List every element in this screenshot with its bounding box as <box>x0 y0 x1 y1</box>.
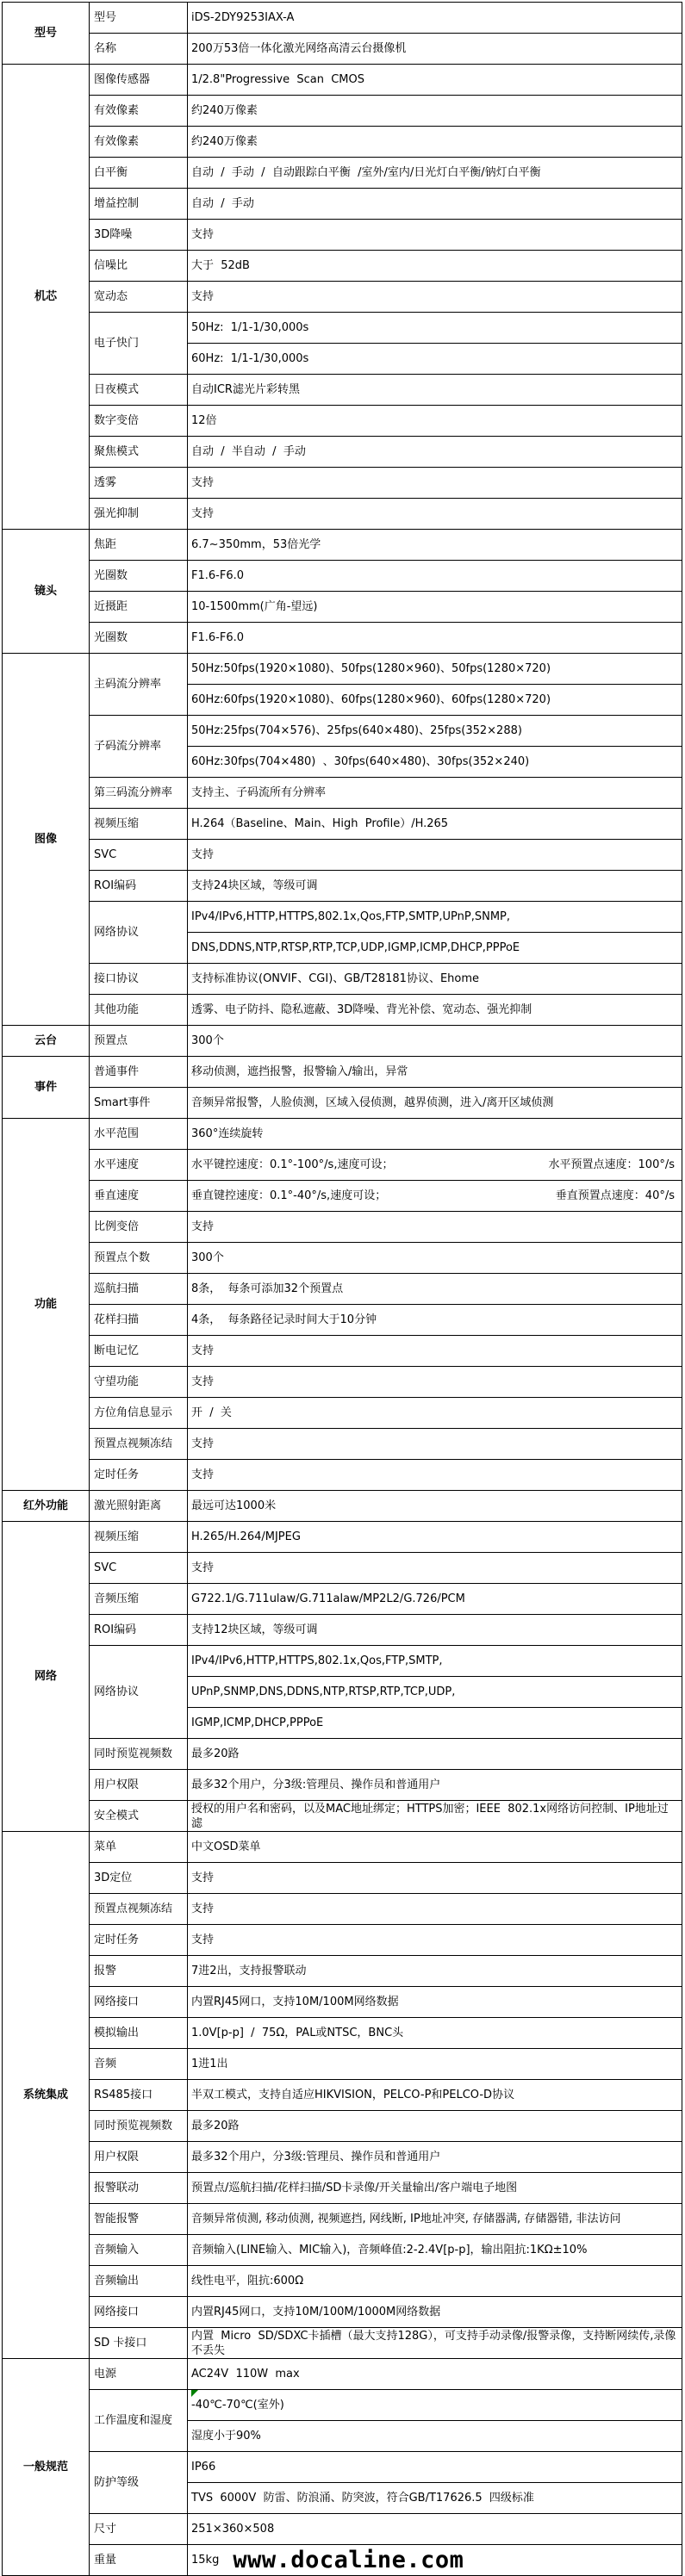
value-cell: IPv4/IPv6,HTTP,HTTPS,802.1x,Qos,FTP,SMTP… <box>188 1646 682 1677</box>
spec-row: 白平衡自动 / 手动 / 自动跟踪白平衡 /室外/室内/日光灯白平衡/钠灯白平衡 <box>3 158 682 189</box>
spec-row: SVC支持 <box>3 840 682 871</box>
value-cell: AC24V 110W max <box>188 2359 682 2390</box>
param-cell: 日夜模式 <box>90 375 188 406</box>
param-cell: 防护等级 <box>90 2452 188 2514</box>
value-cell: G722.1/G.711ulaw/G.711alaw/MP2L2/G.726/P… <box>188 1584 682 1615</box>
spec-row: 断电记忆支持 <box>3 1336 682 1367</box>
spec-row: 数字变倍12倍 <box>3 406 682 437</box>
spec-row: 用户权限最多32个用户，分3级:管理员、操作员和普通用户 <box>3 2142 682 2173</box>
value-cell: UPnP,SNMP,DNS,DDNS,NTP,RTSP,RTP,TCP,UDP, <box>188 1677 682 1708</box>
param-cell: ROI编码 <box>90 871 188 902</box>
value-text: DNS,DDNS,NTP,RTSP,RTP,TCP,UDP,IGMP,ICMP,… <box>191 941 520 954</box>
spec-row: 第三码流分辨率支持主、子码流所有分辨率 <box>3 778 682 809</box>
cell-note-marker-icon <box>191 2390 198 2397</box>
category-cell: 图像 <box>3 654 90 1026</box>
value-text: IP66 <box>191 2461 215 2474</box>
value-text: AC24V 110W max <box>191 2368 300 2380</box>
value-cell: 251×360×508 <box>188 2514 682 2545</box>
spec-row: 系统集成菜单中文OSD菜单 <box>3 1832 682 1863</box>
spec-row: 透雾支持 <box>3 468 682 499</box>
value-cell: 授权的用户名和密码，以及MAC地址绑定；HTTPS加密；IEEE 802.1x网… <box>188 1801 682 1832</box>
value-text: 60Hz:60fps(1920×1080)、60fps(1280×960)、60… <box>191 693 551 706</box>
value-cell: 内置 Micro SD/SDXC卡插槽（最大支持128G），可支持手动录像/报警… <box>188 2328 682 2359</box>
spec-row: 网络接口内置RJ45网口，支持10M/100M/1000M网络数据 <box>3 2297 682 2328</box>
value-cell: 支持 <box>188 1367 682 1398</box>
value-cell: 支持标准协议(ONVIF、CGI)、GB/T28181协议、Ehome <box>188 964 682 995</box>
value-cell: 支持 <box>188 1212 682 1243</box>
spec-row: 音频压缩G722.1/G.711ulaw/G.711alaw/MP2L2/G.7… <box>3 1584 682 1615</box>
param-cell: 报警 <box>90 1956 188 1987</box>
split-value: 水平键控速度：0.1°-100°/s,速度可设；水平预置点速度：100°/s <box>191 1158 678 1172</box>
spec-table: 型号型号iDS-2DY9253IAX-A名称200万53倍一体化激光网络高清云台… <box>2 2 682 2576</box>
value-cell: 12倍 <box>188 406 682 437</box>
value-cell: 自动 / 半自动 / 手动 <box>188 437 682 468</box>
category-cell: 一般规范 <box>3 2359 90 2576</box>
value-cell: 自动 / 手动 / 自动跟踪白平衡 /室外/室内/日光灯白平衡/钠灯白平衡 <box>188 158 682 189</box>
spec-row: 名称200万53倍一体化激光网络高清云台摄像机 <box>3 34 682 65</box>
spec-row: 音频1进1出 <box>3 2049 682 2080</box>
value-text: 内置RJ45网口，支持10M/100M/1000M网络数据 <box>191 2306 440 2318</box>
value-cell: 50Hz:50fps(1920×1080)、50fps(1280×960)、50… <box>188 654 682 685</box>
value-text: 自动 / 手动 / 自动跟踪白平衡 /室外/室内/日光灯白平衡/钠灯白平衡 <box>191 166 541 179</box>
value-text: 15kg <box>191 2554 219 2567</box>
param-cell: 宽动态 <box>90 282 188 313</box>
param-cell: 预置点视频冻结 <box>90 1894 188 1925</box>
param-cell: 激光照射距离 <box>90 1491 188 1522</box>
value-cell: 支持 <box>188 1460 682 1491</box>
value-cell: 支持 <box>188 840 682 871</box>
param-cell: 安全模式 <box>90 1801 188 1832</box>
value-cell: iDS-2DY9253IAX-A <box>188 3 682 34</box>
spec-row: 强光抑制支持 <box>3 499 682 530</box>
value-cell: H.264（Baseline、Main、High Profile）/H.265 <box>188 809 682 840</box>
spec-row: 聚焦模式自动 / 半自动 / 手动 <box>3 437 682 468</box>
value-text: 最多32个用户，分3级:管理员、操作员和普通用户 <box>191 1778 440 1791</box>
value-cell: 60Hz: 1/1-1/30,000s <box>188 344 682 375</box>
value-text: IPv4/IPv6,HTTP,HTTPS,802.1x,Qos,FTP,SMTP… <box>191 1654 443 1667</box>
value-text: 251×360×508 <box>191 2523 274 2536</box>
param-cell: 数字变倍 <box>90 406 188 437</box>
value-cell: 支持主、子码流所有分辨率 <box>188 778 682 809</box>
value-text: 支持 <box>191 1220 214 1233</box>
split-value: 垂直键控速度：0.1°-40°/s,速度可设；垂直预置点速度：40°/s <box>191 1189 678 1203</box>
category-cell: 系统集成 <box>3 1832 90 2359</box>
value-text: F1.6-F6.0 <box>191 631 244 644</box>
value-text: IPv4/IPv6,HTTP,HTTPS,802.1x,Qos,FTP,SMTP… <box>191 910 510 923</box>
spec-row: 同时预览视频数最多20路 <box>3 2111 682 2142</box>
spec-table-body: 型号型号iDS-2DY9253IAX-A名称200万53倍一体化激光网络高清云台… <box>3 3 682 2576</box>
value-cell: 垂直键控速度：0.1°-40°/s,速度可设；垂直预置点速度：40°/s <box>188 1181 682 1212</box>
spec-row: 预置点视频冻结支持 <box>3 1894 682 1925</box>
spec-row: 音频输入音频输入(LINE输入、MIC输入)，音频峰值:2-2.4V[p-p]，… <box>3 2235 682 2266</box>
value-text: 60Hz: 1/1-1/30,000s <box>191 352 308 365</box>
value-text: 支持 <box>191 1375 214 1388</box>
param-cell: 定时任务 <box>90 1460 188 1491</box>
param-cell: 水平速度 <box>90 1150 188 1181</box>
spec-row: 有效像素约240万像素 <box>3 127 682 158</box>
value-cell: 50Hz: 1/1-1/30,000s <box>188 313 682 344</box>
value-text: 支持 <box>191 290 214 303</box>
value-cell: 支持 <box>188 282 682 313</box>
value-text: F1.6-F6.0 <box>191 569 244 582</box>
value-cell: 最远可达1000米 <box>188 1491 682 1522</box>
spec-row: 接口协议支持标准协议(ONVIF、CGI)、GB/T28181协议、Ehome <box>3 964 682 995</box>
spec-row: 垂直速度垂直键控速度：0.1°-40°/s,速度可设；垂直预置点速度：40°/s <box>3 1181 682 1212</box>
param-cell: 音频 <box>90 2049 188 2080</box>
value-text: G722.1/G.711ulaw/G.711alaw/MP2L2/G.726/P… <box>191 1592 465 1605</box>
value-cell: 15kgwww.docaline.com <box>188 2545 682 2576</box>
value-cell: 音频异常侦测, 移动侦测, 视频遮挡, 网线断, IP地址冲突, 存储器满, 存… <box>188 2204 682 2235</box>
category-cell: 功能 <box>3 1119 90 1491</box>
param-cell: 型号 <box>90 3 188 34</box>
value-text: 垂直键控速度：0.1°-40°/s,速度可设； <box>191 1189 386 1203</box>
value-text: 自动ICR滤光片彩转黑 <box>191 383 300 396</box>
param-cell: 音频压缩 <box>90 1584 188 1615</box>
value-text: 1.0V[p-p] / 75Ω，PAL或NTSC，BNC头 <box>191 2027 403 2039</box>
spec-row: 定时任务支持 <box>3 1925 682 1956</box>
value-text: 预置点/巡航扫描/花样扫描/SD卡录像/开关量输出/客户端电子地图 <box>191 2182 517 2194</box>
value-text: H.264（Baseline、Main、High Profile）/H.265 <box>191 817 448 830</box>
spec-row: 有效像素约240万像素 <box>3 96 682 127</box>
value-text: 支持 <box>191 1561 214 1574</box>
value-cell: 300个 <box>188 1243 682 1274</box>
value-text: 湿度小于90% <box>191 2430 261 2443</box>
value-cell: 支持 <box>188 1925 682 1956</box>
spec-row: 红外功能激光照射距离最远可达1000米 <box>3 1491 682 1522</box>
spec-row: 报警7进2出，支持报警联动 <box>3 1956 682 1987</box>
param-cell: 比例变倍 <box>90 1212 188 1243</box>
value-cell: 支持 <box>188 499 682 530</box>
param-cell: 同时预览视频数 <box>90 2111 188 2142</box>
param-cell: 工作温度和湿度 <box>90 2390 188 2452</box>
param-cell: 用户权限 <box>90 1770 188 1801</box>
param-cell: 网络接口 <box>90 2297 188 2328</box>
value-cell: 支持24块区域，等级可调 <box>188 871 682 902</box>
spec-row: 预置点视频冻结支持 <box>3 1429 682 1460</box>
spec-row: 镜头焦距6.7~350mm，53倍光学 <box>3 530 682 561</box>
category-cell: 网络 <box>3 1522 90 1832</box>
param-cell: 有效像素 <box>90 96 188 127</box>
param-cell: 电子快门 <box>90 313 188 375</box>
value-cell: 大于 52dB <box>188 251 682 282</box>
spec-row: 3D定位支持 <box>3 1863 682 1894</box>
spec-row: 信噪比大于 52dB <box>3 251 682 282</box>
value-text: 半双工模式，支持自适应HIKVISION，PELCO-P和PELCO-D协议 <box>191 2089 514 2101</box>
value-text: 12倍 <box>191 414 217 427</box>
spec-row: ROI编码支持24块区域，等级可调 <box>3 871 682 902</box>
spec-row: 网络视频压缩H.265/H.264/MJPEG <box>3 1522 682 1553</box>
value-text: 60Hz:30fps(704×480) 、30fps(640×480)、30fp… <box>191 755 529 768</box>
spec-row: 模拟输出1.0V[p-p] / 75Ω，PAL或NTSC，BNC头 <box>3 2018 682 2049</box>
spec-row: 功能水平范围360°连续旋转 <box>3 1119 682 1150</box>
value-text-right: 水平预置点速度：100°/s <box>549 1158 675 1172</box>
spec-row: 防护等级IP66 <box>3 2452 682 2483</box>
param-cell: 白平衡 <box>90 158 188 189</box>
value-text: 支持 <box>191 1344 214 1357</box>
value-cell: F1.6-F6.0 <box>188 623 682 654</box>
value-text: 移动侦测，遮挡报警，报警输入/输出，异常 <box>191 1065 408 1078</box>
spec-row: 水平速度水平键控速度：0.1°-100°/s,速度可设；水平预置点速度：100°… <box>3 1150 682 1181</box>
param-cell: 重量 <box>90 2545 188 2576</box>
value-text: 音频输入(LINE输入、MIC输入)，音频峰值:2-2.4V[p-p]，输出阻抗… <box>191 2244 587 2256</box>
spec-row: 安全模式授权的用户名和密码，以及MAC地址绑定；HTTPS加密；IEEE 802… <box>3 1801 682 1832</box>
param-cell: 预置点视频冻结 <box>90 1429 188 1460</box>
spec-row: 网络协议IPv4/IPv6,HTTP,HTTPS,802.1x,Qos,FTP,… <box>3 902 682 933</box>
param-cell: 报警联动 <box>90 2173 188 2204</box>
value-cell: 8条， 每条可添加32个预置点 <box>188 1274 682 1305</box>
spec-row: 定时任务支持 <box>3 1460 682 1491</box>
param-cell: 图像传感器 <box>90 65 188 96</box>
value-text: 音频异常侦测, 移动侦测, 视频遮挡, 网线断, IP地址冲突, 存储器满, 存… <box>191 2213 621 2225</box>
value-text: H.265/H.264/MJPEG <box>191 1530 301 1543</box>
spec-row: 近摄距10-1500mm(广角-望远) <box>3 592 682 623</box>
value-cell: 支持12块区域，等级可调 <box>188 1615 682 1646</box>
value-cell: 线性电平，阻抗:600Ω <box>188 2266 682 2297</box>
spec-row: 宽动态支持 <box>3 282 682 313</box>
spec-row: 工作温度和湿度-40℃-70℃(室外) <box>3 2390 682 2421</box>
value-text: 支持 <box>191 476 214 489</box>
param-cell: 子码流分辨率 <box>90 716 188 778</box>
value-cell: 60Hz:30fps(704×480) 、30fps(640×480)、30fp… <box>188 747 682 778</box>
watermark: www.docaline.com <box>233 2548 464 2572</box>
param-cell: 增益控制 <box>90 189 188 220</box>
spec-row: 增益控制自动 / 手动 <box>3 189 682 220</box>
spec-row: 一般规范电源AC24V 110W max <box>3 2359 682 2390</box>
spec-row: 花样扫描4条， 每条路径记录时间大于10分钟 <box>3 1305 682 1336</box>
param-cell: 视频压缩 <box>90 809 188 840</box>
value-cell: DNS,DDNS,NTP,RTSP,RTP,TCP,UDP,IGMP,ICMP,… <box>188 933 682 964</box>
param-cell: 网络接口 <box>90 1987 188 2018</box>
value-cell: 最多20路 <box>188 2111 682 2142</box>
value-text: 支持 <box>191 1934 214 1946</box>
value-cell: 最多32个用户，分3级:管理员、操作员和普通用户 <box>188 2142 682 2173</box>
value-text: 8条， 每条可添加32个预置点 <box>191 1282 343 1295</box>
param-cell: 聚焦模式 <box>90 437 188 468</box>
value-text: 线性电平，阻抗:600Ω <box>191 2275 303 2287</box>
category-cell: 红外功能 <box>3 1491 90 1522</box>
value-cell: 约240万像素 <box>188 96 682 127</box>
value-cell: 1.0V[p-p] / 75Ω，PAL或NTSC，BNC头 <box>188 2018 682 2049</box>
value-text: 支持 <box>191 848 214 861</box>
value-text: 支持主、子码流所有分辨率 <box>191 786 326 799</box>
param-cell: RS485接口 <box>90 2080 188 2111</box>
param-cell: 花样扫描 <box>90 1305 188 1336</box>
value-text: 内置 Micro SD/SDXC卡插槽（最大支持128G），可支持手动录像/报警… <box>191 2330 676 2357</box>
spec-row: 事件普通事件移动侦测，遮挡报警，报警输入/输出，异常 <box>3 1057 682 1088</box>
value-cell: 音频输入(LINE输入、MIC输入)，音频峰值:2-2.4V[p-p]，输出阻抗… <box>188 2235 682 2266</box>
param-cell: 接口协议 <box>90 964 188 995</box>
param-cell: 近摄距 <box>90 592 188 623</box>
value-text: 10-1500mm(广角-望远) <box>191 600 317 613</box>
param-cell: 预置点个数 <box>90 1243 188 1274</box>
value-text: 360°连续旋转 <box>191 1127 263 1140</box>
param-cell: 垂直速度 <box>90 1181 188 1212</box>
spec-row: 图像主码流分辨率50Hz:50fps(1920×1080)、50fps(1280… <box>3 654 682 685</box>
value-text: 50Hz:25fps(704×576)、25fps(640×480)、25fps… <box>191 724 522 737</box>
value-cell: 约240万像素 <box>188 127 682 158</box>
value-cell: 音频异常报警，人脸侦测，区域入侵侦测，越界侦测，进入/离开区域侦测 <box>188 1088 682 1119</box>
spec-row: 电子快门50Hz: 1/1-1/30,000s <box>3 313 682 344</box>
value-text: 透雾、电子防抖、隐私遮蔽、3D降噪、背光补偿、宽动态、强光抑制 <box>191 1003 532 1016</box>
value-cell: 支持 <box>188 1336 682 1367</box>
param-cell: 预置点 <box>90 1026 188 1057</box>
spec-row: SVC支持 <box>3 1553 682 1584</box>
value-text: 300个 <box>191 1034 224 1047</box>
category-cell: 型号 <box>3 3 90 65</box>
value-text: 最多20路 <box>191 1747 240 1760</box>
value-cell: 开 / 关 <box>188 1398 682 1429</box>
value-text: 水平键控速度：0.1°-100°/s,速度可设； <box>191 1158 393 1172</box>
spec-row: 型号型号iDS-2DY9253IAX-A <box>3 3 682 34</box>
value-text: IGMP,ICMP,DHCP,PPPoE <box>191 1716 323 1729</box>
value-cell: 透雾、电子防抖、隐私遮蔽、3D降噪、背光补偿、宽动态、强光抑制 <box>188 995 682 1026</box>
value-text: 200万53倍一体化激光网络高清云台摄像机 <box>191 42 406 55</box>
value-cell: 内置RJ45网口，支持10M/100M网络数据 <box>188 1987 682 2018</box>
value-text: 大于 52dB <box>191 259 250 272</box>
value-cell: 中文OSD菜单 <box>188 1832 682 1863</box>
value-text: 300个 <box>191 1251 224 1264</box>
param-cell: 音频输出 <box>90 2266 188 2297</box>
param-cell: 水平范围 <box>90 1119 188 1150</box>
param-cell: 3D定位 <box>90 1863 188 1894</box>
param-cell: 音频输入 <box>90 2235 188 2266</box>
value-text: 内置RJ45网口，支持10M/100M网络数据 <box>191 1996 399 2008</box>
param-cell: 强光抑制 <box>90 499 188 530</box>
param-cell: 普通事件 <box>90 1057 188 1088</box>
spec-row: 光圈数F1.6-F6.0 <box>3 623 682 654</box>
spec-row: 网络接口内置RJ45网口，支持10M/100M网络数据 <box>3 1987 682 2018</box>
spec-row: 光圈数F1.6-F6.0 <box>3 561 682 592</box>
value-cell: 半双工模式，支持自适应HIKVISION，PELCO-P和PELCO-D协议 <box>188 2080 682 2111</box>
value-cell: 200万53倍一体化激光网络高清云台摄像机 <box>188 34 682 65</box>
param-cell: 有效像素 <box>90 127 188 158</box>
spec-row: 比例变倍支持 <box>3 1212 682 1243</box>
value-text: 自动 / 半自动 / 手动 <box>191 445 306 458</box>
param-cell: 网络协议 <box>90 902 188 964</box>
value-text: -40℃-70℃(室外) <box>191 2399 284 2412</box>
param-cell: 光圈数 <box>90 561 188 592</box>
value-text: 支持标准协议(ONVIF、CGI)、GB/T28181协议、Ehome <box>191 972 479 985</box>
value-cell: 最多32个用户，分3级:管理员、操作员和普通用户 <box>188 1770 682 1801</box>
param-cell: 菜单 <box>90 1832 188 1863</box>
value-cell: H.265/H.264/MJPEG <box>188 1522 682 1553</box>
param-cell: 其他功能 <box>90 995 188 1026</box>
value-text: 4条， 每条路径记录时间大于10分钟 <box>191 1313 377 1326</box>
value-cell: -40℃-70℃(室外) <box>188 2390 682 2421</box>
spec-row: 报警联动预置点/巡航扫描/花样扫描/SD卡录像/开关量输出/客户端电子地图 <box>3 2173 682 2204</box>
category-cell: 机芯 <box>3 65 90 530</box>
spec-row: 日夜模式自动ICR滤光片彩转黑 <box>3 375 682 406</box>
value-cell: 50Hz:25fps(704×576)、25fps(640×480)、25fps… <box>188 716 682 747</box>
spec-row: 预置点个数300个 <box>3 1243 682 1274</box>
param-cell: 名称 <box>90 34 188 65</box>
value-text: 约240万像素 <box>191 135 258 148</box>
value-cell: 60Hz:60fps(1920×1080)、60fps(1280×960)、60… <box>188 685 682 716</box>
value-text: 最多32个用户，分3级:管理员、操作员和普通用户 <box>191 2151 440 2163</box>
value-cell: 1/2.8"Progressive Scan CMOS <box>188 65 682 96</box>
spec-row: 用户权限最多32个用户，分3级:管理员、操作员和普通用户 <box>3 1770 682 1801</box>
value-cell: 最多20路 <box>188 1739 682 1770</box>
value-cell: 6.7~350mm，53倍光学 <box>188 530 682 561</box>
value-text: 1/2.8"Progressive Scan CMOS <box>191 73 364 86</box>
spec-row: 音频输出线性电平，阻抗:600Ω <box>3 2266 682 2297</box>
value-cell: 支持 <box>188 1553 682 1584</box>
value-text: 50Hz:50fps(1920×1080)、50fps(1280×960)、50… <box>191 662 551 675</box>
value-text: 最多20路 <box>191 2120 240 2132</box>
value-cell: F1.6-F6.0 <box>188 561 682 592</box>
param-cell: 巡航扫描 <box>90 1274 188 1305</box>
value-text: 50Hz: 1/1-1/30,000s <box>191 321 308 334</box>
value-text: 7进2出，支持报警联动 <box>191 1965 307 1977</box>
param-cell: 用户权限 <box>90 2142 188 2173</box>
param-cell: 断电记忆 <box>90 1336 188 1367</box>
param-cell: 同时预览视频数 <box>90 1739 188 1770</box>
value-cell: 1进1出 <box>188 2049 682 2080</box>
value-text: 约240万像素 <box>191 104 258 117</box>
spec-row: 守望功能支持 <box>3 1367 682 1398</box>
param-cell: ROI编码 <box>90 1615 188 1646</box>
value-text: 支持24块区域，等级可调 <box>191 879 318 892</box>
value-text: 自动 / 手动 <box>191 197 254 210</box>
value-cell: IP66 <box>188 2452 682 2483</box>
param-cell: 尺寸 <box>90 2514 188 2545</box>
value-text: iDS-2DY9253IAX-A <box>191 11 294 24</box>
param-cell: 守望功能 <box>90 1367 188 1398</box>
value-cell: IGMP,ICMP,DHCP,PPPoE <box>188 1708 682 1739</box>
category-cell: 镜头 <box>3 530 90 654</box>
value-cell: 预置点/巡航扫描/花样扫描/SD卡录像/开关量输出/客户端电子地图 <box>188 2173 682 2204</box>
value-text: 最远可达1000米 <box>191 1499 276 1512</box>
value-text: 支持12块区域，等级可调 <box>191 1623 318 1636</box>
param-cell: 方位角信息显示 <box>90 1398 188 1429</box>
value-cell: 300个 <box>188 1026 682 1057</box>
category-cell: 事件 <box>3 1057 90 1119</box>
value-cell: 湿度小于90% <box>188 2421 682 2452</box>
value-cell: TVS 6000V 防雷、防浪涌、防突波，符合GB/T17626.5 四级标准 <box>188 2483 682 2514</box>
value-text: 1进1出 <box>191 2058 228 2070</box>
param-cell: 信噪比 <box>90 251 188 282</box>
param-cell: 电源 <box>90 2359 188 2390</box>
value-cell: 支持 <box>188 1894 682 1925</box>
value-cell: 水平键控速度：0.1°-100°/s,速度可设；水平预置点速度：100°/s <box>188 1150 682 1181</box>
param-cell: 3D降噪 <box>90 220 188 251</box>
value-cell: 7进2出，支持报警联动 <box>188 1956 682 1987</box>
param-cell: 定时任务 <box>90 1925 188 1956</box>
value-cell: 支持 <box>188 468 682 499</box>
value-text: 支持 <box>191 507 214 520</box>
spec-row: 视频压缩H.264（Baseline、Main、High Profile）/H.… <box>3 809 682 840</box>
value-cell: 支持 <box>188 1429 682 1460</box>
spec-row: 网络协议IPv4/IPv6,HTTP,HTTPS,802.1x,Qos,FTP,… <box>3 1646 682 1677</box>
param-cell: 模拟输出 <box>90 2018 188 2049</box>
value-text: 音频异常报警，人脸侦测，区域入侵侦测，越界侦测，进入/离开区域侦测 <box>191 1096 553 1109</box>
value-text: TVS 6000V 防雷、防浪涌、防突波，符合GB/T17626.5 四级标准 <box>191 2492 534 2505</box>
spec-row: 其他功能透雾、电子防抖、隐私遮蔽、3D降噪、背光补偿、宽动态、强光抑制 <box>3 995 682 1026</box>
param-cell: Smart事件 <box>90 1088 188 1119</box>
spec-row: 巡航扫描8条， 每条可添加32个预置点 <box>3 1274 682 1305</box>
param-cell: 视频压缩 <box>90 1522 188 1553</box>
spec-row: 方位角信息显示开 / 关 <box>3 1398 682 1429</box>
value-cell: 支持 <box>188 220 682 251</box>
value-text: 支持 <box>191 1871 214 1884</box>
param-cell: 透雾 <box>90 468 188 499</box>
value-text: 6.7~350mm，53倍光学 <box>191 538 321 551</box>
value-text: 支持 <box>191 1437 214 1450</box>
param-cell: 智能报警 <box>90 2204 188 2235</box>
param-cell: SVC <box>90 840 188 871</box>
spec-row: 智能报警音频异常侦测, 移动侦测, 视频遮挡, 网线断, IP地址冲突, 存储器… <box>3 2204 682 2235</box>
param-cell: 第三码流分辨率 <box>90 778 188 809</box>
